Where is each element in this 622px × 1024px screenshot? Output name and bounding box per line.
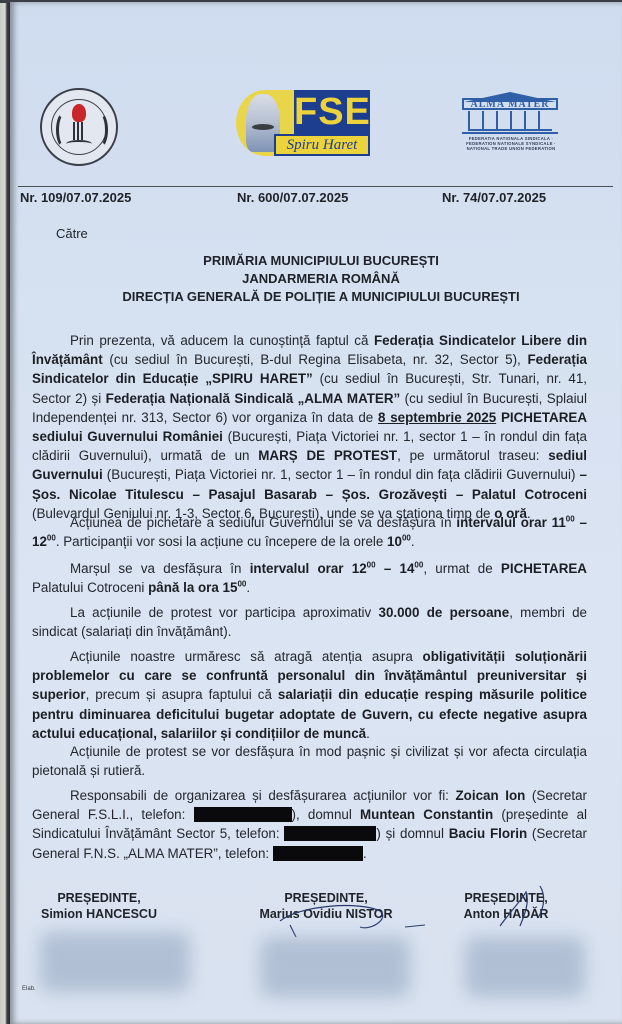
signature-name: Simion HANCESCU bbox=[34, 906, 164, 922]
handwritten-signature-hadar bbox=[480, 882, 560, 932]
elab-note: Elab. bbox=[22, 986, 36, 992]
paragraph-announcement: Prin prezenta, vă aducem la cunoștință f… bbox=[32, 331, 587, 523]
handwritten-signature-nistor bbox=[240, 897, 440, 937]
protest-date: 8 septembrie 2025 bbox=[378, 410, 496, 425]
fse-logo-text: FSE bbox=[294, 90, 370, 134]
signature-block: PREȘEDINTE, Simion HANCESCU bbox=[34, 890, 164, 922]
fse-logo-subtext: Spiru Haret bbox=[274, 134, 370, 156]
registry-number-fsli: Nr. 109/07.07.2025 bbox=[20, 190, 131, 205]
paragraph-responsibles: Responsabili de organizarea și desfășura… bbox=[32, 786, 587, 863]
header-divider bbox=[18, 186, 613, 187]
registry-number-alma-mater: Nr. 74/07.07.2025 bbox=[442, 190, 546, 205]
redacted-phone bbox=[194, 807, 292, 822]
signature-title: PREȘEDINTE, bbox=[34, 890, 164, 906]
fse-spiru-haret-logo: FSE Spiru Haret bbox=[232, 86, 370, 158]
blurred-stamp bbox=[40, 932, 190, 992]
registry-number-fse: Nr. 600/07.07.2025 bbox=[237, 190, 348, 205]
paragraph-goals: Acțiunile noastre urmăresc să atragă ate… bbox=[32, 647, 587, 743]
paragraph-picket-schedule: Acțiunea de pichetare a sediului Guvernu… bbox=[32, 513, 587, 551]
redacted-phone bbox=[273, 846, 363, 861]
paragraph-march-schedule: Marșul se va desfășura în intervalul ora… bbox=[32, 559, 587, 597]
alma-mater-logo-text: ALMA MATER bbox=[462, 98, 558, 110]
alma-mater-logo: ALMA MATER FEDERATIA NATIONALA SINDICALA… bbox=[456, 92, 566, 154]
addressee-line: JANDARMERIA ROMÂNĂ bbox=[10, 271, 622, 286]
participant-count: 30.000 de persoane bbox=[379, 605, 510, 620]
addressee-line: PRIMĂRIA MUNICIPIULUI BUCUREȘTI bbox=[10, 253, 622, 268]
addressee-label: Către bbox=[56, 226, 88, 241]
columns-icon bbox=[468, 111, 552, 131]
flame-icon bbox=[72, 104, 86, 122]
paragraph-peaceful: Acțiunile de protest se vor desfășura în… bbox=[32, 742, 587, 780]
fsli-logo bbox=[40, 88, 118, 166]
addressee-line: DIRECȚIA GENERALĂ DE POLIȚIE A MUNICIPIU… bbox=[10, 289, 622, 304]
blurred-stamp bbox=[260, 937, 410, 997]
letter-page: FSE Spiru Haret ALMA MATER FEDERATIA NAT… bbox=[10, 2, 622, 1024]
book-icon bbox=[66, 140, 92, 148]
paragraph-participants: La acțiunile de protest vor participa ap… bbox=[32, 603, 587, 641]
alma-mater-logo-subtext: FEDERATIA NATIONALA SINDICALA · FEDERATI… bbox=[456, 136, 566, 151]
blurred-stamp bbox=[465, 937, 585, 997]
column-icon bbox=[73, 122, 85, 140]
redacted-phone bbox=[284, 826, 376, 841]
